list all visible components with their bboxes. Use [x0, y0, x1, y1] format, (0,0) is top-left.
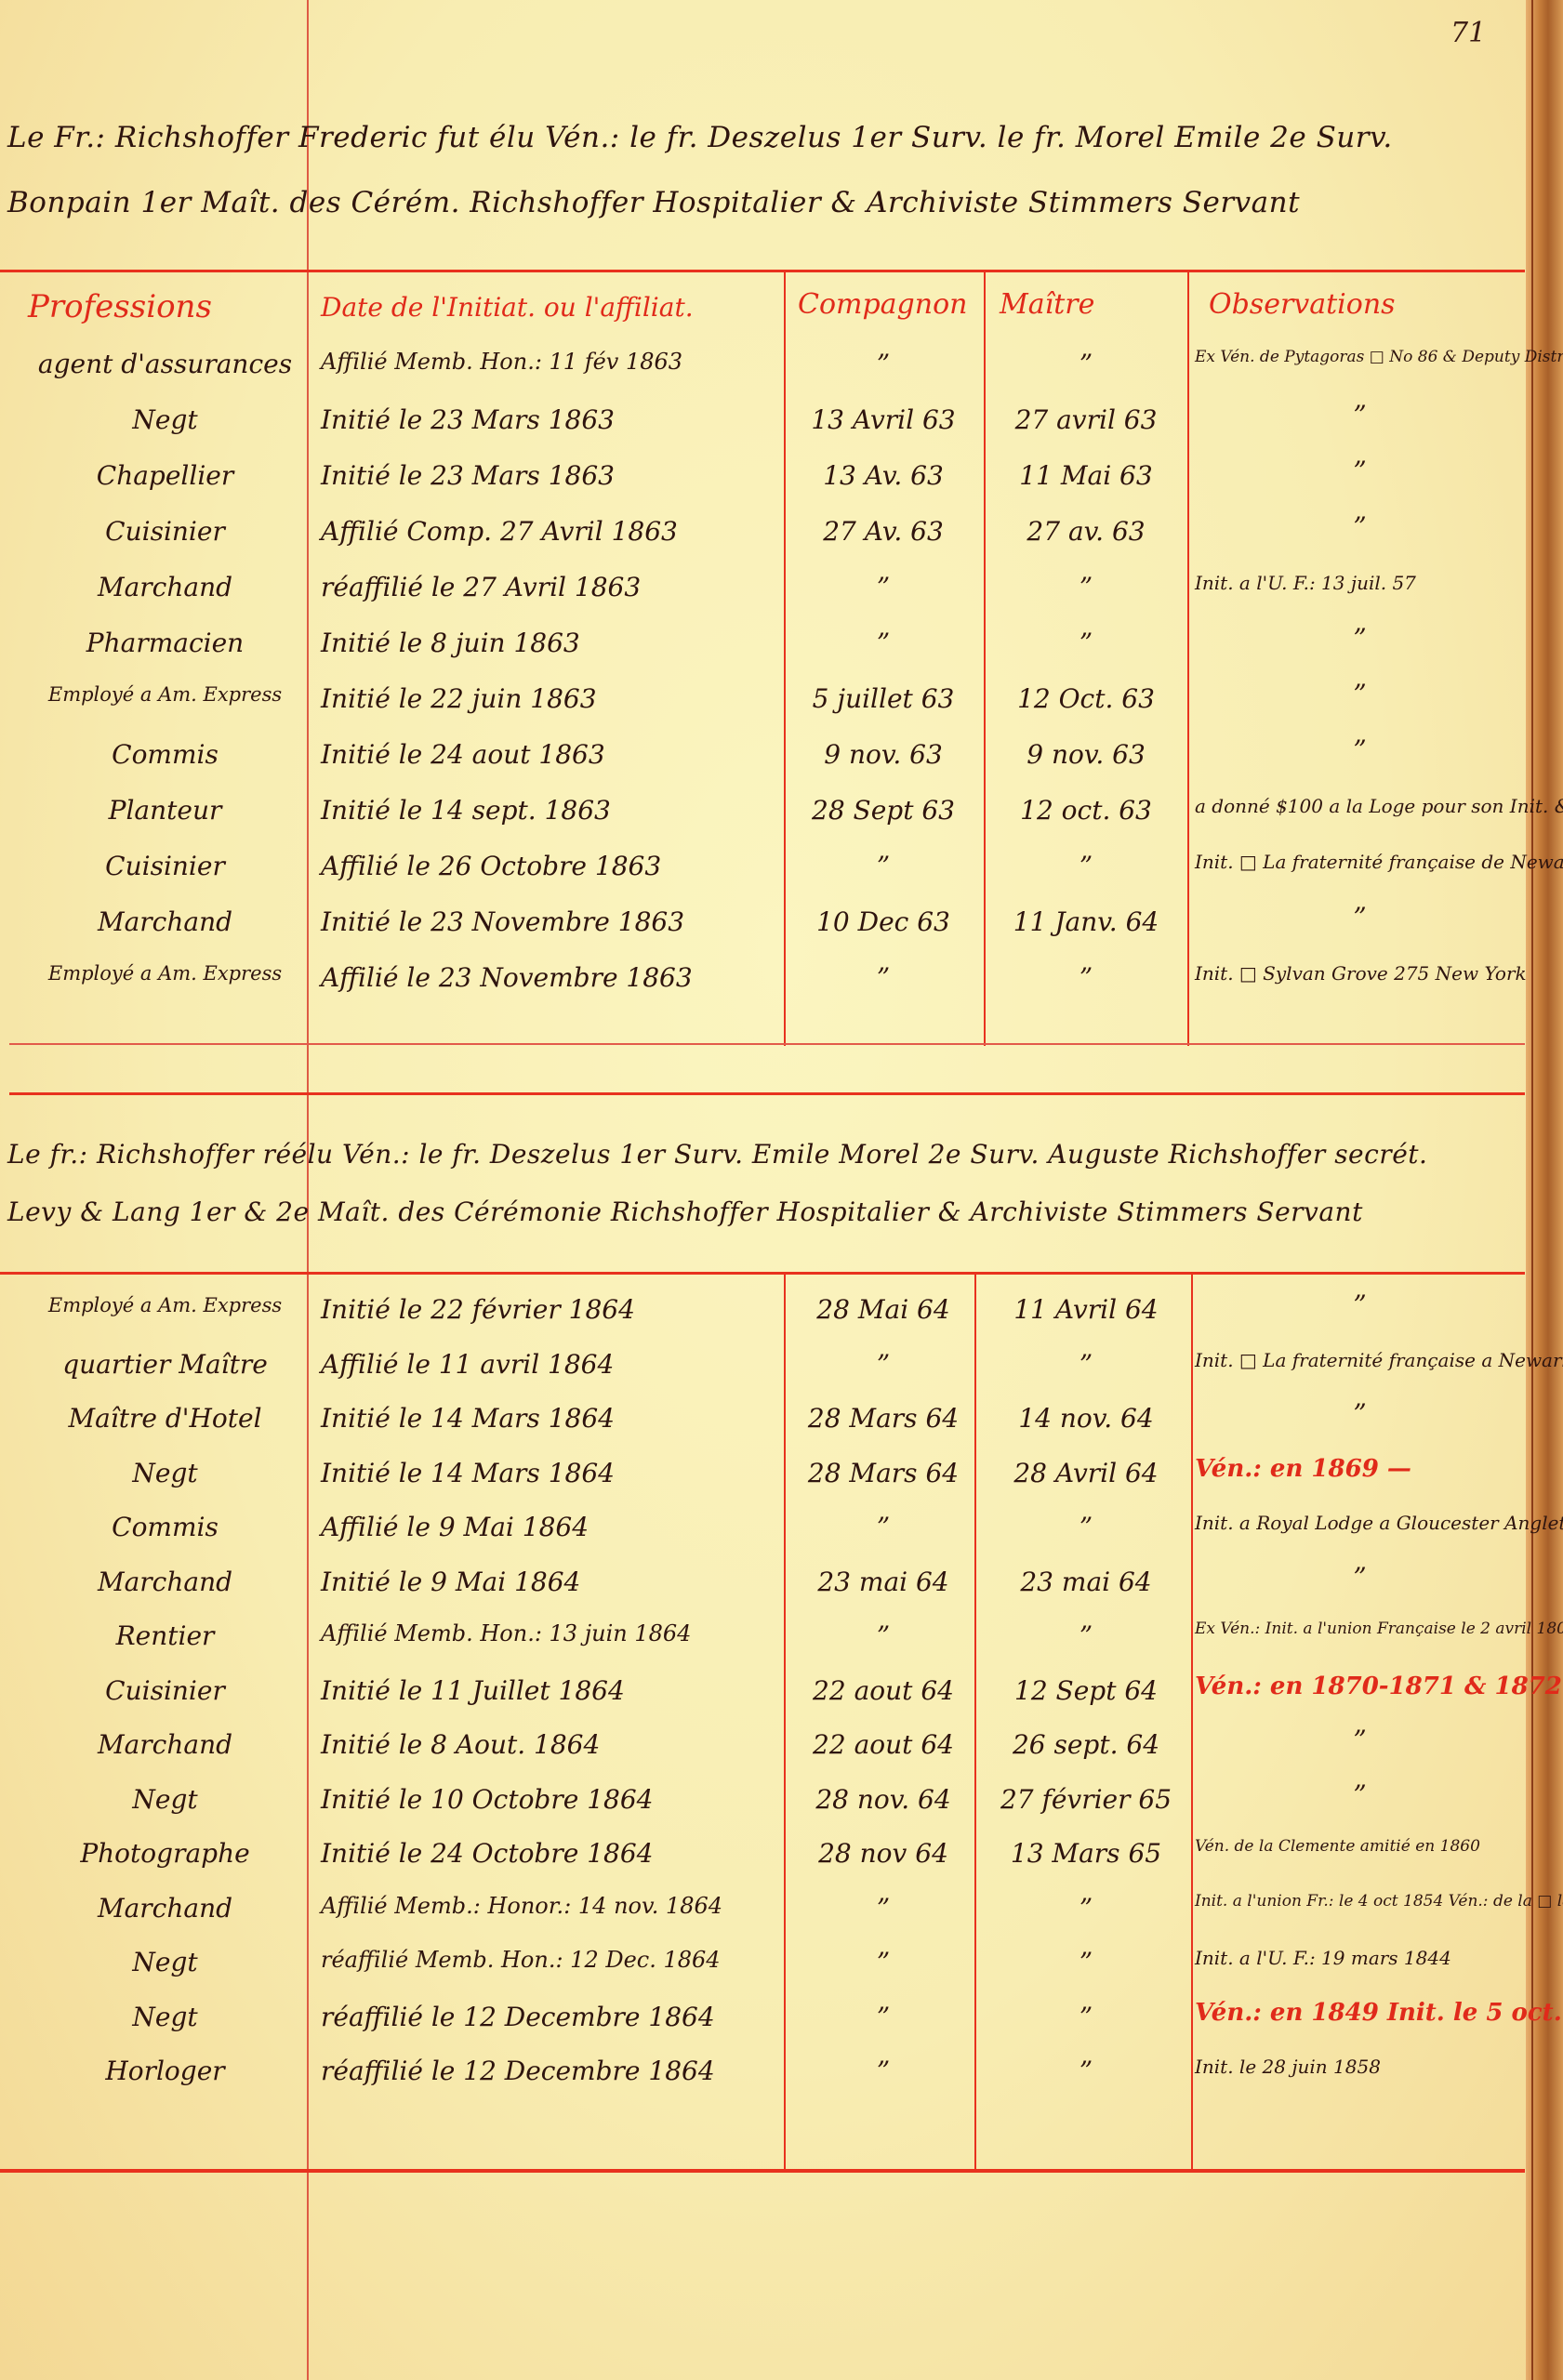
maitre-cell: 12 oct. 63 — [993, 795, 1179, 826]
date-cell: Affilié Memb. Hon.: 11 fév 1863 — [321, 349, 776, 375]
date-cell: réaffilié Memb. Hon.: 12 Dec. 1864 — [321, 1947, 776, 1973]
maitre-cell: 11 Janv. 64 — [993, 906, 1179, 937]
profession-cell: Marchand — [19, 1567, 311, 1597]
observations-cell: Ex Vén. de Pytagoras □ No 86 & Deputy Di… — [1195, 349, 1525, 366]
maitre-cell: ” — [993, 2056, 1179, 2086]
observations-cell: ” — [1195, 628, 1525, 650]
observations-cell: ” — [1195, 1294, 1525, 1316]
date-cell: Affilié Memb. Hon.: 13 juin 1864 — [321, 1620, 776, 1646]
observations-cell: Vén.: en 1849 Init. le 5 oct. 1841 — [1195, 2002, 1525, 2024]
date-cell: Initié le 8 juin 1863 — [321, 628, 776, 658]
officers-line: Le Fr.: Richshoffer Frederic fut élu Vén… — [7, 121, 1393, 154]
table-row: Horloger réaffilié le 12 Decembre 1864 ”… — [0, 2056, 1525, 2109]
profession-cell: Maître d'Hotel — [19, 1403, 311, 1434]
compagnon-cell: ” — [790, 628, 976, 658]
header-compagnon: Compagnon — [798, 288, 967, 321]
table-bottom-rule — [9, 1043, 1525, 1045]
observations-cell: Init. a Royal Lodge a Gloucester Anglete… — [1195, 1512, 1525, 1534]
profession-cell: Employé a Am. Express — [19, 1294, 311, 1316]
maitre-cell: ” — [993, 1893, 1179, 1924]
date-cell: réaffilié le 27 Avril 1863 — [321, 572, 776, 602]
date-cell: Initié le 9 Mai 1864 — [321, 1567, 776, 1597]
compagnon-cell: 10 Dec 63 — [790, 906, 976, 937]
date-cell: Initié le 14 Mars 1864 — [321, 1403, 776, 1434]
observations-cell: Init. □ La fraternité française a Newark — [1195, 1349, 1525, 1371]
compagnon-cell: 28 Mai 64 — [790, 1294, 976, 1325]
observations-cell: a donné $100 a la Loge pour son Init. & … — [1195, 795, 1525, 817]
observations-cell: Init. a l'U. F.: 13 juil. 57 — [1195, 572, 1525, 594]
maitre-cell: 23 mai 64 — [993, 1567, 1179, 1597]
table-bottom-rule — [0, 2169, 1525, 2173]
compagnon-cell: 28 Mars 64 — [790, 1403, 976, 1434]
compagnon-cell: ” — [790, 349, 976, 379]
profession-cell: Marchand — [19, 1893, 311, 1924]
observations-cell: Vén. de la Clemente amitié en 1860 — [1195, 1838, 1525, 1856]
observations-cell: Init. □ Sylvan Grove 275 New York — [1195, 962, 1525, 985]
profession-cell: Negt — [19, 1947, 311, 1977]
officers-line: Le fr.: Richshoffer réélu Vén.: le fr. D… — [7, 1139, 1427, 1170]
observations-cell: Vén.: en 1870-1871 & 1872 — [1195, 1675, 1525, 1698]
compagnon-cell: 28 Mars 64 — [790, 1458, 976, 1488]
observations-cell: ” — [1195, 516, 1525, 538]
observations-cell: ” — [1195, 460, 1525, 483]
date-cell: Affilié Comp. 27 Avril 1863 — [321, 516, 776, 547]
section-divider-rule — [9, 1092, 1525, 1095]
profession-cell: Marchand — [19, 1729, 311, 1760]
date-cell: Affilié Memb.: Honor.: 14 nov. 1864 — [321, 1893, 776, 1919]
table-row: Rentier Affilié Memb. Hon.: 13 juin 1864… — [0, 1620, 1525, 1674]
header-professions: Professions — [28, 288, 212, 325]
observations-cell: ” — [1195, 404, 1525, 427]
observations-cell: Vén.: en 1869 — — [1195, 1458, 1525, 1480]
observations-cell: ” — [1195, 1784, 1525, 1806]
compagnon-cell: ” — [790, 572, 976, 602]
observations-cell: Init. le 28 juin 1858 — [1195, 2056, 1525, 2078]
maitre-cell: ” — [993, 962, 1179, 993]
profession-cell: Negt — [19, 2002, 311, 2032]
observations-cell: ” — [1195, 906, 1525, 929]
profession-cell: Cuisinier — [19, 851, 311, 881]
date-cell: Initié le 14 sept. 1863 — [321, 795, 776, 826]
table-row: Negt réaffilié Memb. Hon.: 12 Dec. 1864 … — [0, 1947, 1525, 2001]
compagnon-cell: 5 juillet 63 — [790, 683, 976, 714]
date-cell: Affilié le 23 Novembre 1863 — [321, 962, 776, 993]
profession-cell: Negt — [19, 1784, 311, 1815]
date-cell: Initié le 22 février 1864 — [321, 1294, 776, 1325]
table-row: Photographe Initié le 24 Octobre 1864 28… — [0, 1838, 1525, 1892]
profession-cell: Chapellier — [19, 460, 311, 491]
table-row: Marchand Initié le 23 Novembre 1863 10 D… — [0, 906, 1525, 960]
maitre-cell: 27 av. 63 — [993, 516, 1179, 547]
profession-cell: Negt — [19, 1458, 311, 1488]
profession-cell: Employé a Am. Express — [19, 962, 311, 985]
maitre-cell: ” — [993, 628, 1179, 658]
compagnon-cell: 13 Av. 63 — [790, 460, 976, 491]
table-row: Employé a Am. Express Initié le 22 juin … — [0, 683, 1525, 737]
compagnon-cell: 13 Avril 63 — [790, 404, 976, 435]
table-row: Marchand Affilié Memb.: Honor.: 14 nov. … — [0, 1893, 1525, 1947]
table-row: Commis Affilié le 9 Mai 1864 ” ” Init. a… — [0, 1512, 1525, 1566]
compagnon-cell: ” — [790, 1893, 976, 1924]
maitre-cell: ” — [993, 1349, 1179, 1380]
profession-cell: Marchand — [19, 572, 311, 602]
maitre-cell: 12 Oct. 63 — [993, 683, 1179, 714]
table-row: Planteur Initié le 14 sept. 1863 28 Sept… — [0, 795, 1525, 849]
date-cell: Initié le 23 Mars 1863 — [321, 404, 776, 435]
maitre-cell: 11 Mai 63 — [993, 460, 1179, 491]
header-date: Date de l'Initiat. ou l'affiliat. — [321, 292, 694, 323]
ledger-page: 71 Le Fr.: Richshoffer Frederic fut élu … — [0, 0, 1563, 2380]
maitre-cell: ” — [993, 851, 1179, 881]
compagnon-cell: ” — [790, 1512, 976, 1542]
maitre-cell: ” — [993, 349, 1179, 379]
table-row: Employé a Am. Express Initié le 22 févri… — [0, 1294, 1525, 1348]
observations-cell: Init. □ La fraternité française de Newar… — [1195, 851, 1525, 873]
observations-cell: ” — [1195, 1729, 1525, 1752]
compagnon-cell: 9 nov. 63 — [790, 739, 976, 770]
maitre-cell: 27 avril 63 — [993, 404, 1179, 435]
compagnon-cell: ” — [790, 962, 976, 993]
table-row: Negt Initié le 14 Mars 1864 28 Mars 64 2… — [0, 1458, 1525, 1512]
table-row: Negt Initié le 10 Octobre 1864 28 nov. 6… — [0, 1784, 1525, 1838]
table-row: quartier Maître Affilié le 11 avril 1864… — [0, 1349, 1525, 1403]
profession-cell: Planteur — [19, 795, 311, 826]
date-cell: Initié le 10 Octobre 1864 — [321, 1784, 776, 1815]
compagnon-cell: 22 aout 64 — [790, 1675, 976, 1706]
header-observations: Observations — [1209, 288, 1396, 321]
table-top-rule — [0, 1272, 1525, 1275]
maitre-cell: 28 Avril 64 — [993, 1458, 1179, 1488]
observations-cell: Init. a l'U. F.: 19 mars 1844 — [1195, 1947, 1525, 1969]
table-row: Marchand réaffilié le 27 Avril 1863 ” ” … — [0, 572, 1525, 626]
compagnon-cell: ” — [790, 1620, 976, 1651]
compagnon-cell: ” — [790, 2056, 976, 2086]
observations-cell: ” — [1195, 739, 1525, 761]
compagnon-cell: 28 nov 64 — [790, 1838, 976, 1869]
table-row: agent d'assurances Affilié Memb. Hon.: 1… — [0, 349, 1525, 403]
compagnon-cell: 28 nov. 64 — [790, 1784, 976, 1815]
maitre-cell: 14 nov. 64 — [993, 1403, 1179, 1434]
date-cell: réaffilié le 12 Decembre 1864 — [321, 2056, 776, 2086]
profession-cell: Commis — [19, 739, 311, 770]
officers-line: Bonpain 1er Maît. des Cérém. Richshoffer… — [7, 186, 1300, 219]
compagnon-cell: 22 aout 64 — [790, 1729, 976, 1760]
date-cell: Affilié le 26 Octobre 1863 — [321, 851, 776, 881]
observations-cell: ” — [1195, 1403, 1525, 1425]
maitre-cell: 11 Avril 64 — [993, 1294, 1179, 1325]
table-row: Chapellier Initié le 23 Mars 1863 13 Av.… — [0, 460, 1525, 514]
profession-cell: quartier Maître — [19, 1349, 311, 1380]
compagnon-cell: ” — [790, 1349, 976, 1380]
profession-cell: Pharmacien — [19, 628, 311, 658]
date-cell: Initié le 11 Juillet 1864 — [321, 1675, 776, 1706]
compagnon-cell: ” — [790, 851, 976, 881]
compagnon-cell: ” — [790, 2002, 976, 2032]
observations-cell: Init. a l'union Fr.: le 4 oct 1854 Vén.:… — [1195, 1893, 1525, 1911]
maitre-cell: 13 Mars 65 — [993, 1838, 1179, 1869]
date-cell: réaffilié le 12 Decembre 1864 — [321, 2002, 776, 2032]
profession-cell: Commis — [19, 1512, 311, 1542]
table-row: Marchand Initié le 9 Mai 1864 23 mai 64 … — [0, 1567, 1525, 1620]
table-row: Employé a Am. Express Affilié le 23 Nove… — [0, 962, 1525, 1016]
profession-cell: Horloger — [19, 2056, 311, 2086]
compagnon-cell: 23 mai 64 — [790, 1567, 976, 1597]
date-cell: Affilié le 11 avril 1864 — [321, 1349, 776, 1380]
profession-cell: Marchand — [19, 906, 311, 937]
compagnon-cell: 27 Av. 63 — [790, 516, 976, 547]
maitre-cell: ” — [993, 1512, 1179, 1542]
date-cell: Initié le 24 Octobre 1864 — [321, 1838, 776, 1869]
date-cell: Initié le 24 aout 1863 — [321, 739, 776, 770]
table-row: Pharmacien Initié le 8 juin 1863 ” ” ” — [0, 628, 1525, 681]
maitre-cell: ” — [993, 1620, 1179, 1651]
table-row: Cuisinier Affilié le 26 Octobre 1863 ” ”… — [0, 851, 1525, 905]
page-number: 71 — [1450, 17, 1486, 49]
observations-cell: ” — [1195, 683, 1525, 706]
profession-cell: Photographe — [19, 1838, 311, 1869]
date-cell: Initié le 22 juin 1863 — [321, 683, 776, 714]
observations-cell: Ex Vén.: Init. a l'union Française le 2 … — [1195, 1620, 1525, 1638]
table-row: Maître d'Hotel Initié le 14 Mars 1864 28… — [0, 1403, 1525, 1457]
table-row: Commis Initié le 24 aout 1863 9 nov. 63 … — [0, 739, 1525, 793]
maitre-cell: 12 Sept 64 — [993, 1675, 1179, 1706]
maitre-cell: 26 sept. 64 — [993, 1729, 1179, 1760]
date-cell: Initié le 8 Aout. 1864 — [321, 1729, 776, 1760]
maitre-cell: ” — [993, 572, 1179, 602]
table-top-rule — [0, 270, 1525, 272]
maitre-cell: 9 nov. 63 — [993, 739, 1179, 770]
date-cell: Initié le 23 Mars 1863 — [321, 460, 776, 491]
compagnon-cell: 28 Sept 63 — [790, 795, 976, 826]
date-cell: Initié le 23 Novembre 1863 — [321, 906, 776, 937]
table-row: Negt Initié le 23 Mars 1863 13 Avril 63 … — [0, 404, 1525, 458]
profession-cell: Negt — [19, 404, 311, 435]
profession-cell: Rentier — [19, 1620, 311, 1651]
header-maitre: Maître — [1000, 288, 1094, 321]
maitre-cell: ” — [993, 1947, 1179, 1977]
observations-cell: ” — [1195, 1567, 1525, 1589]
profession-cell: agent d'assurances — [19, 349, 311, 379]
officers-line: Levy & Lang 1er & 2e Maît. des Cérémonie… — [7, 1197, 1363, 1227]
profession-cell: Cuisinier — [19, 516, 311, 547]
date-cell: Affilié le 9 Mai 1864 — [321, 1512, 776, 1542]
compagnon-cell: ” — [790, 1947, 976, 1977]
table-row: Cuisinier Affilié Comp. 27 Avril 1863 27… — [0, 516, 1525, 570]
profession-cell: Employé a Am. Express — [19, 683, 311, 706]
date-cell: Initié le 14 Mars 1864 — [321, 1458, 776, 1488]
table-row: Marchand Initié le 8 Aout. 1864 22 aout … — [0, 1729, 1525, 1783]
maitre-cell: 27 février 65 — [993, 1784, 1179, 1815]
table-row: Cuisinier Initié le 11 Juillet 1864 22 a… — [0, 1675, 1525, 1729]
maitre-cell: ” — [993, 2002, 1179, 2032]
profession-cell: Cuisinier — [19, 1675, 311, 1706]
table-row: Negt réaffilié le 12 Decembre 1864 ” ” V… — [0, 2002, 1525, 2056]
